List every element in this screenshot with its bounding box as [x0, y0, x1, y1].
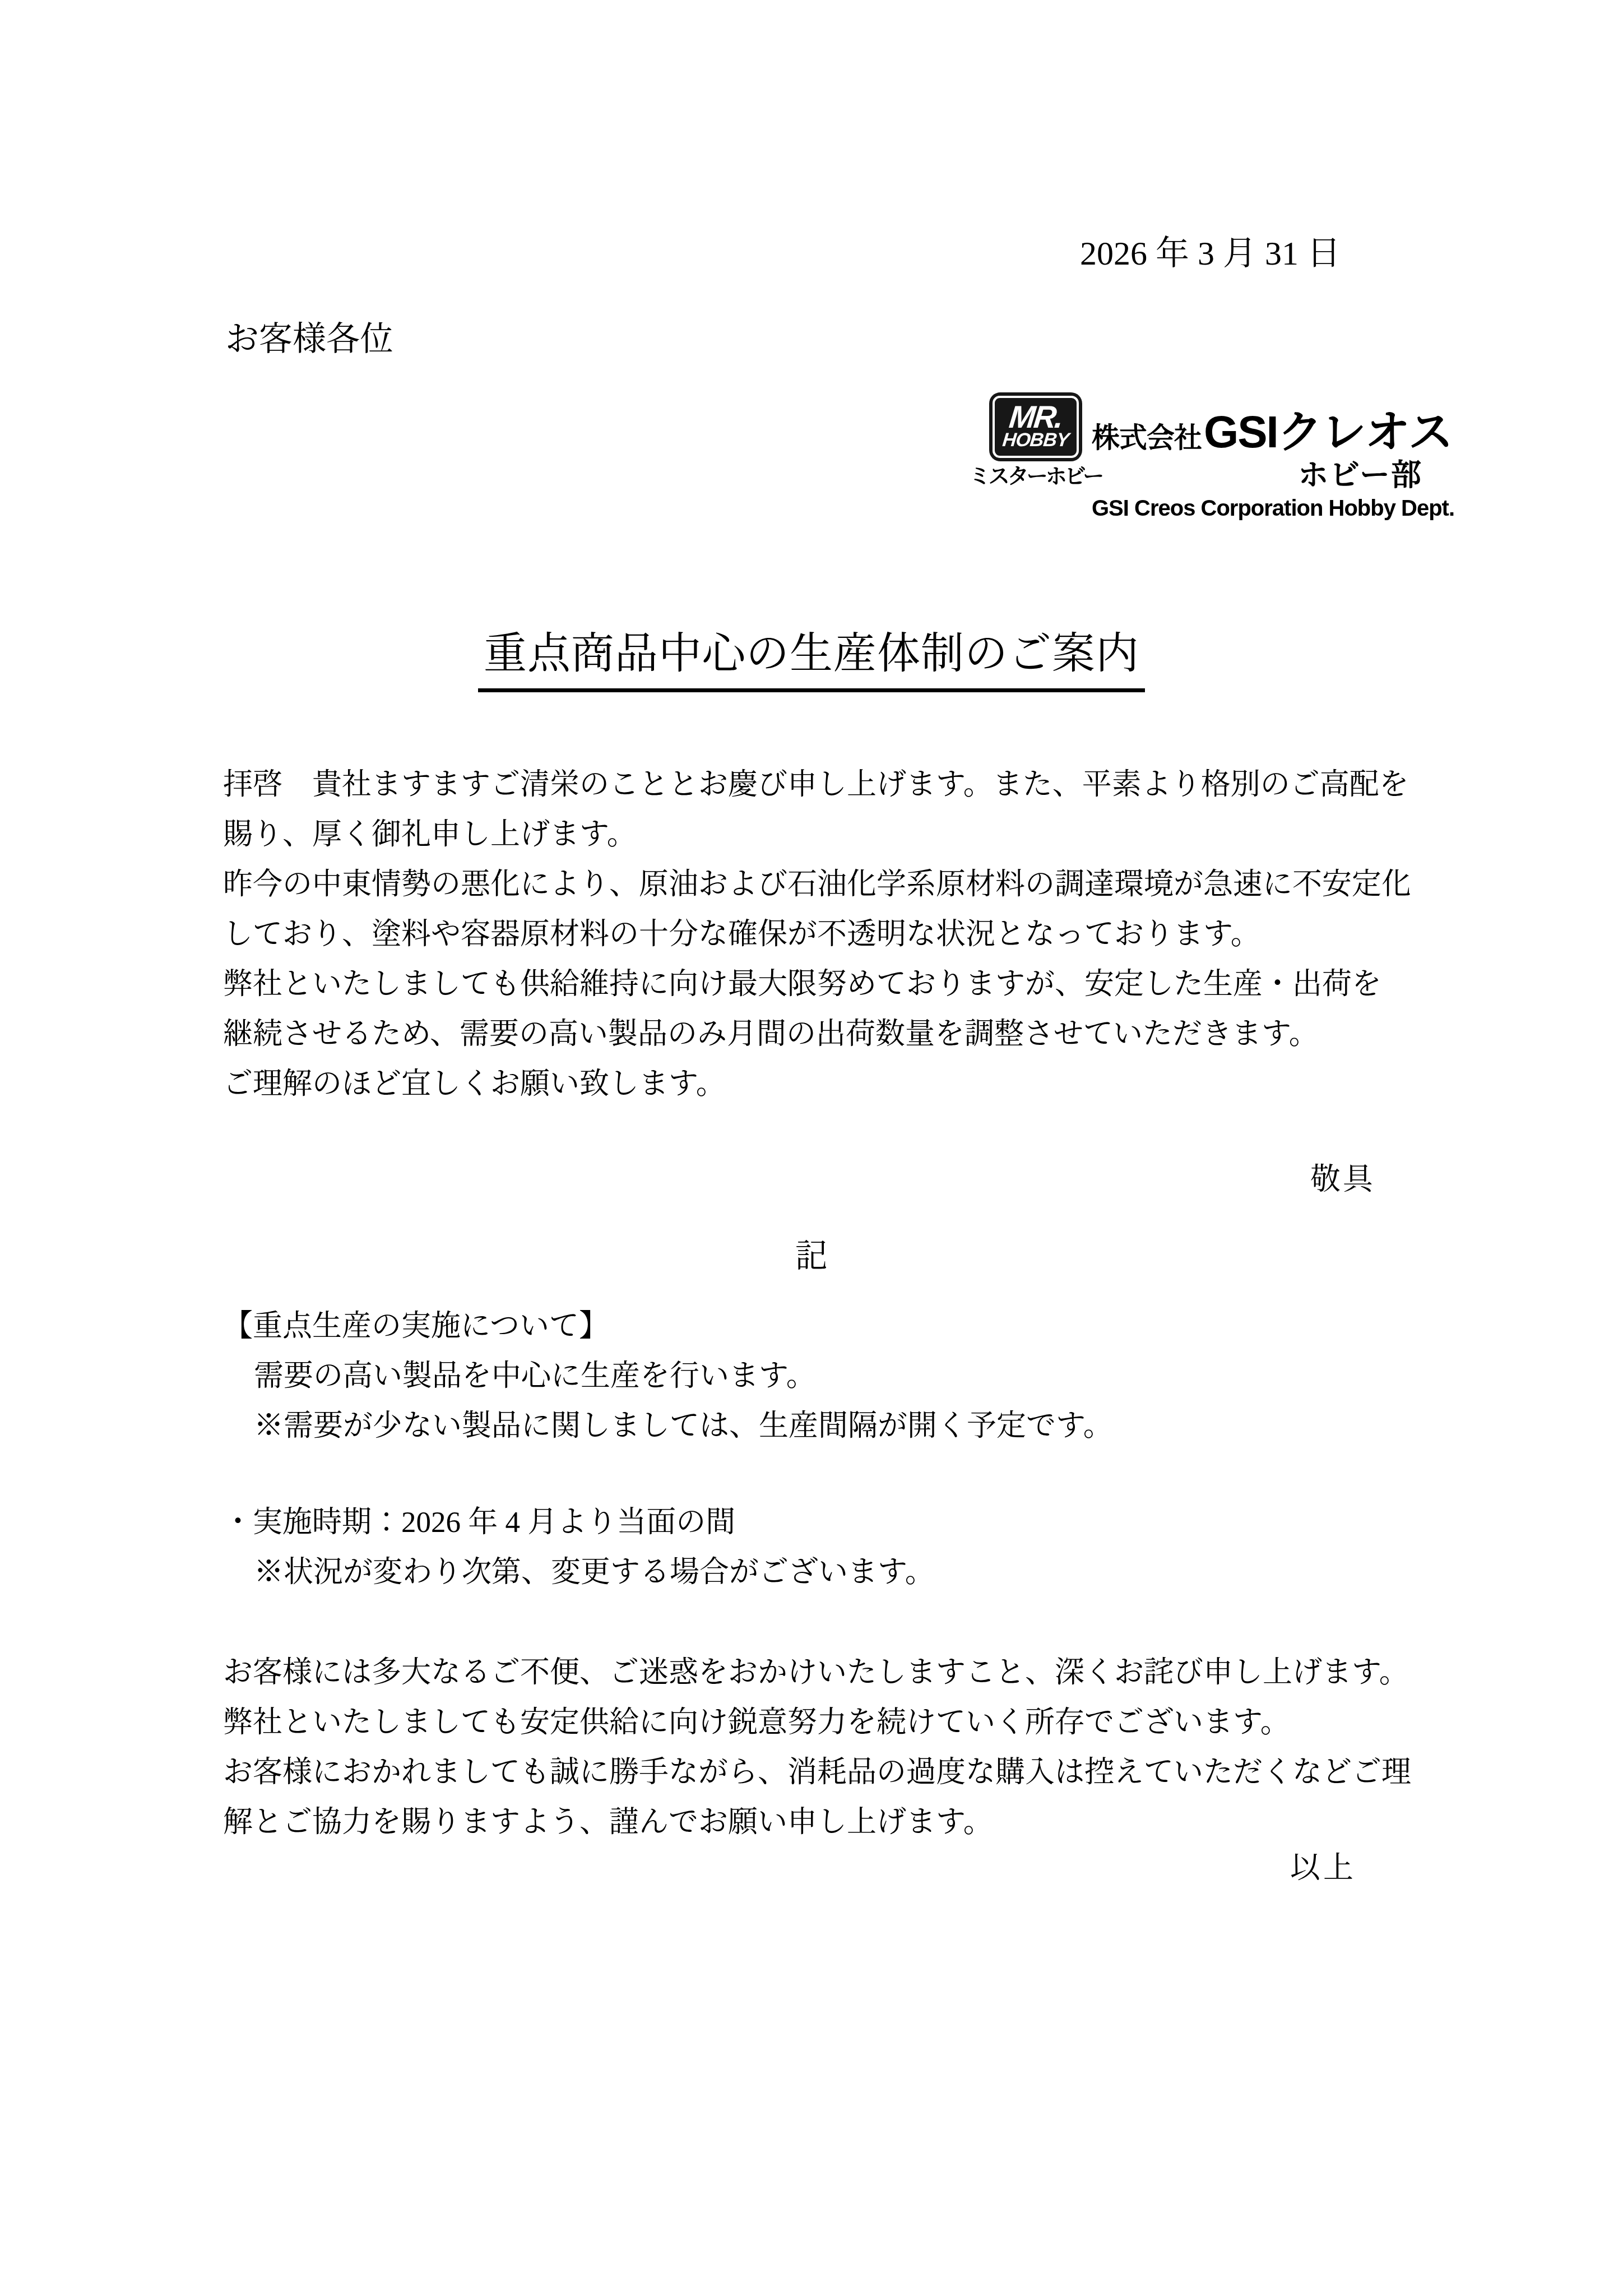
company-logo: MR. HOBBY ミスターホビー 株式会社 GSIクレオス ホビー部 GSI …	[981, 392, 1422, 521]
body-line-4: しており、塗料や容器原材料の十分な確保が不透明な状況となっております。	[223, 910, 1419, 960]
section2-line-1: ・実施時期：2026 年 4 月より当面の間	[223, 1498, 935, 1548]
body-line-3: 昨今の中東情勢の悪化により、原油および石油化学系原材料の調達環境が急速に不安定化	[223, 860, 1419, 910]
logo-text-mr: MR.	[1008, 404, 1063, 430]
body-line-7: ご理解のほど宜しくお願い致します。	[223, 1059, 1419, 1109]
section2-line-2: ※状況が変わり次第、変更する場合がございます。	[223, 1548, 935, 1598]
section1-line-2: ※需要が少ない製品に関しましては、生産間隔が開く予定です。	[223, 1401, 1113, 1451]
mr-hobby-badge-column: MR. HOBBY ミスターホビー	[981, 392, 1091, 488]
section1-heading: 【重点生産の実施について】	[223, 1302, 1113, 1351]
logo-caption-katakana: ミスターホビー	[970, 465, 1102, 488]
mr-hobby-logo-icon: MR. HOBBY	[989, 392, 1082, 461]
title-row: 重点商品中心の生産体制のご案内	[0, 627, 1623, 692]
closing-line-1: お客様には多大なるご不便、ご迷惑をおかけいたしますこと、深くお詫び申し上げます。	[223, 1648, 1419, 1698]
page-title: 重点商品中心の生産体制のご案内	[478, 627, 1145, 692]
section-priority-production: 【重点生産の実施について】 需要の高い製品を中心に生産を行います。 ※需要が少な…	[223, 1302, 1113, 1451]
closing-line-3: お客様におかれましても誠に勝手ながら、消耗品の過度な購入は控えていただくなどご理	[223, 1748, 1419, 1798]
closing-paragraph: お客様には多大なるご不便、ご迷惑をおかけいたしますこと、深くお詫び申し上げます。…	[223, 1648, 1419, 1848]
section1-line-1: 需要の高い製品を中心に生産を行います。	[223, 1351, 1113, 1401]
closing-word: 敬具	[224, 1155, 1412, 1205]
company-name: GSIクレオス	[1204, 396, 1452, 460]
closing-line-4: 解とご協力を賜りますよう、謹んでお願い申し上げます。	[223, 1798, 1419, 1848]
mr-hobby-logo-frame: MR. HOBBY	[993, 396, 1079, 458]
logo-text-hobby: HOBBY	[1001, 430, 1070, 450]
body-line-2: 賜り、厚く御礼申し上げます。	[223, 810, 1419, 860]
recipient-line: お客様各位	[225, 318, 393, 360]
letter-date: 2026 年 3 月 31 日	[224, 233, 1412, 274]
end-word: 以上	[224, 1843, 1412, 1893]
company-name-column: 株式会社 GSIクレオス ホビー部 GSI Creos Corporation …	[1092, 392, 1422, 521]
notice-marker: 記	[0, 1231, 1623, 1281]
company-name-english: GSI Creos Corporation Hobby Dept.	[1092, 496, 1422, 521]
section-implementation-period: ・実施時期：2026 年 4 月より当面の間 ※状況が変わり次第、変更する場合が…	[223, 1498, 935, 1598]
body-line-6: 継続させるため、需要の高い製品のみ月間の出荷数量を調整させていただきます。	[223, 1010, 1419, 1059]
letter-page: 2026 年 3 月 31 日 お客様各位 MR. HOBBY ミスターホビー …	[0, 0, 1623, 2296]
opening-paragraph: 拝啓 貴社ますますご清栄のこととお慶び申し上げます。また、平素より格別のご高配を…	[223, 760, 1419, 1109]
body-line-5: 弊社といたしましても供給維持に向け最大限努めておりますが、安定した生産・出荷を	[223, 960, 1419, 1010]
closing-line-2: 弊社といたしましても安定供給に向け鋭意努力を続けていく所存でございます。	[223, 1698, 1419, 1748]
company-prefix: 株式会社	[1092, 415, 1202, 456]
company-department: ホビー部	[1092, 459, 1422, 492]
body-line-1: 拝啓 貴社ますますご清栄のこととお慶び申し上げます。また、平素より格別のご高配を	[223, 760, 1419, 810]
company-name-row: 株式会社 GSIクレオス	[1092, 396, 1422, 460]
